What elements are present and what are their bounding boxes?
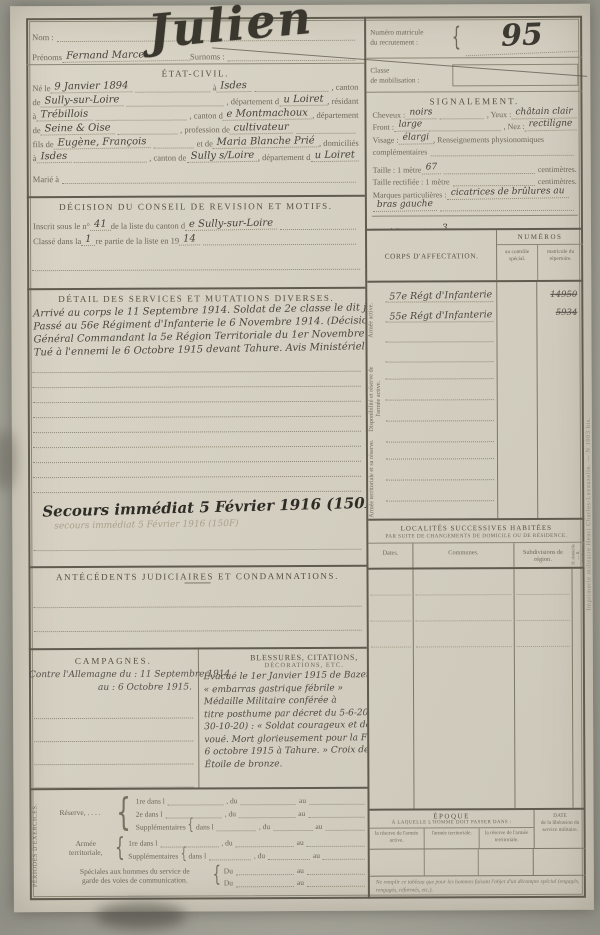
canton-label: , canton de — [149, 153, 186, 163]
front-label: Front : — [373, 123, 395, 132]
speciales-label-line2: garde des voies de communication. — [82, 876, 188, 885]
brace: { — [115, 837, 125, 858]
territoriale-label: Arméeterritoriale, — [60, 839, 112, 857]
ink-smudge — [96, 903, 186, 929]
liste-canton-value: e Sully-sur-Loire — [185, 218, 277, 232]
de-label: de — [33, 125, 41, 135]
dotted-line — [440, 199, 574, 212]
corps-table-header: CORPS D'AFFECTATION. NUMÉROS au contrôle… — [367, 230, 583, 283]
dotted-line — [371, 596, 411, 622]
dotted-line — [439, 107, 484, 119]
au-label: au — [297, 866, 304, 875]
dotted-line — [429, 119, 501, 131]
dotted-line — [62, 171, 356, 184]
territoriale-reserve-label: Armée territoriale et sa réserve. — [368, 439, 386, 519]
epoque-section: ÉPOQUE À LAQUELLE L'HOMME DOIT PASSER DA… — [370, 808, 586, 899]
dotted-line — [307, 835, 365, 847]
corps-table-body: Armée active. 57e Régt d'Infanterie 55e … — [367, 282, 584, 519]
table-cell — [370, 849, 424, 875]
dotted-line — [153, 136, 193, 148]
dotted-line — [160, 835, 218, 847]
degre-instruction-value: 3 — [438, 223, 452, 228]
periode-row-label: 2e dans l — [136, 810, 163, 819]
list-number: 41 — [90, 219, 111, 231]
campagnes-blessures-section: CAMPAGNES. Contre l'Allemagne du : 11 Se… — [29, 647, 368, 788]
dotted-line — [33, 447, 361, 463]
scanned-military-record: { "colors":{"paper":"#d7d2c3","backgroun… — [0, 0, 600, 935]
dotted-line — [280, 218, 356, 230]
campagne-entry: au : 6 Octobre 1915. — [29, 682, 198, 696]
profession-label: , profession de — [180, 124, 230, 134]
communes-column-header: Communes. — [412, 543, 513, 567]
dotted-line — [416, 595, 512, 621]
numeros-header: NUMÉROS au contrôle spécial. matricule d… — [496, 230, 583, 280]
brace: { — [213, 867, 221, 885]
territoriale-group: Armée territoriale et sa réserve. — [368, 438, 584, 519]
localites-title: LOCALITÉS SUCCESSIVES HABITÉES — [368, 520, 584, 533]
liste-part: 1 — [81, 234, 96, 246]
dans-l-label: dans l — [188, 851, 206, 860]
epoque-title: ÉPOQUE — [370, 810, 534, 821]
dotted-line — [203, 233, 356, 246]
dotted-line — [273, 819, 312, 831]
prenoms-label: Prénoms — [32, 52, 62, 62]
marie-label: Marié à — [33, 174, 59, 184]
partie-label: re partie de la liste en 19 — [96, 236, 180, 246]
front-value: large — [394, 119, 426, 132]
armee-territoriale-column-header: l'armée territoriale. — [424, 828, 479, 848]
et-de-label: et de — [197, 138, 213, 148]
fils-de-label: fils de — [33, 139, 54, 149]
nom-label: Nom : — [32, 32, 54, 42]
left-column: Nom : Prénoms Fernand Marcel Surnoms : É… — [26, 17, 370, 900]
renseignements-label: , Renseignements physionomiques — [433, 134, 544, 143]
canton-label: , canton — [331, 82, 358, 92]
dotted-line — [296, 122, 356, 134]
dotted-line — [136, 80, 210, 92]
taille-rectifiee-label: Taille rectifiée : 1 mètre — [373, 177, 450, 186]
campagnes-column: CAMPAGNES. Contre l'Allemagne du : 11 Se… — [29, 649, 200, 788]
decision-section: DÉCISION DU CONSEIL DE REVISION ET MOTIF… — [27, 195, 365, 288]
matricule-repertoire-column-header: matricule du répertoire. — [537, 245, 583, 280]
taille-unit: centimètres. — [538, 164, 577, 173]
dotted-line — [325, 819, 364, 831]
marques-label: Marques particulières : — [373, 190, 447, 199]
numeros-title: NUMÉROS — [497, 230, 583, 245]
dotted-line — [239, 806, 295, 818]
matricule-label-line2: du recrutement : — [370, 37, 418, 46]
departement-label: , département d — [258, 152, 311, 162]
taille-rectifiee-unit: centimètres. — [538, 177, 577, 186]
printer-credit: Imprimerie militaire Henri Charles-Lavau… — [584, 324, 593, 704]
du-label: Du — [224, 866, 233, 875]
dotted-line — [33, 417, 361, 433]
dates-column-header: Dates. — [368, 544, 412, 568]
dotted-line — [168, 793, 223, 805]
record-sheet: Nom : Prénoms Fernand Marcel Surnoms : É… — [10, 4, 594, 913]
au-label: au — [313, 851, 320, 860]
birth-canton: Sully-sur-Loire — [40, 94, 123, 107]
signalement-title: SIGNALEMENT. — [371, 92, 577, 107]
brace: { — [116, 797, 131, 827]
residant-label: , résidant — [327, 96, 358, 106]
decision-title: DÉCISION DU CONSEIL DE REVISION ET MOTIF… — [27, 197, 365, 212]
unit-entry: 55e Régt d'Infanterie — [385, 309, 492, 322]
au-label: au — [297, 838, 304, 847]
disponibilite-label: Disponibilité et réserve de l'armée acti… — [368, 359, 386, 439]
epoque-footnote: Ne remplir ce tableau que pour les homme… — [370, 876, 586, 895]
domicilies-label: , domiciliés — [319, 138, 359, 148]
canton-label: , canton d — [190, 110, 223, 120]
dotted-line — [74, 151, 146, 163]
dotted-line — [415, 569, 511, 595]
reserve-active-column-header: la réserve de l'armée active. — [370, 828, 424, 848]
residence-canton: e Montmachoux — [223, 107, 313, 120]
services-paragraph: Arrivé au corps le 11 Septembre 1914. So… — [27, 300, 366, 360]
blessures-paragraph: Évacué le 1er Janvier 1915 de Bazeilles … — [203, 668, 367, 773]
dates-column — [368, 570, 413, 809]
dotted-line — [308, 806, 364, 818]
au-label: au — [298, 809, 305, 818]
mother-name: Maria Blanche Prié — [213, 135, 319, 149]
reserve-territoriale-column-header: la réserve de l'armée territoriale. — [479, 828, 534, 848]
localites-column-headers: Dates. Communes. Subdivisions de région.… — [368, 542, 584, 570]
territoriale-label-line1: Armée — [75, 839, 95, 848]
dotted-line — [33, 432, 361, 448]
du-label: , du — [226, 796, 237, 805]
profession-value: cultivateur — [230, 122, 293, 135]
de-label: de — [32, 97, 40, 107]
dotted-line — [236, 835, 294, 847]
controle-special-column-header: au contrôle spécial. — [497, 245, 537, 280]
birth-departement: u Loiret — [279, 94, 327, 107]
yeux-value: châtain clair — [511, 106, 576, 119]
dotted-line — [32, 255, 360, 271]
cheveux-label: Cheveux : — [372, 110, 405, 119]
liste-year: 14 — [179, 233, 200, 245]
dotted-line — [268, 848, 310, 860]
brace: { — [180, 848, 186, 861]
dotted-line — [34, 592, 362, 608]
dotted-line — [444, 161, 535, 173]
liste-canton-label: de la liste du canton d — [111, 221, 185, 231]
dotted-line — [33, 462, 361, 478]
table-cell — [423, 849, 478, 875]
dotted-line — [517, 621, 570, 647]
title-rule — [185, 582, 211, 583]
dotted-line — [386, 480, 494, 501]
taille-value: 67 — [421, 162, 441, 174]
au-label: au — [315, 822, 322, 831]
corps-affectation-section: CORPS D'AFFECTATION. NUMÉROS au contrôle… — [367, 228, 584, 519]
blessure-entry: Étoile de bronze. — [205, 757, 368, 772]
dotted-line — [34, 749, 193, 765]
dotted-line — [430, 144, 573, 157]
dotted-line — [34, 772, 193, 788]
dotted-line — [236, 863, 294, 875]
supplementaires-label: Supplémentaires — [128, 852, 178, 861]
dotted-line — [95, 109, 187, 121]
domicile-residence-column — [571, 569, 585, 808]
father-name: Eugène, François — [54, 136, 151, 150]
epoque-table-header: ÉPOQUE À LAQUELLE L'HOMME DOIT PASSER DA… — [370, 810, 586, 850]
etat-civil-title: ÉTAT-CIVIL. — [26, 64, 364, 79]
services-section: DÉTAIL DES SERVICES ET MUTATIONS DIVERSE… — [27, 287, 366, 566]
dans-l-label: dans l — [196, 822, 214, 831]
dotted-line — [33, 387, 361, 403]
reserve-label: Réserve, . . . . — [60, 808, 112, 817]
localites-table-body — [368, 569, 585, 809]
date-label: DATE — [553, 813, 567, 819]
dotted-line — [34, 726, 193, 742]
date-liberation-column-header: DATE de la libération du service militai… — [534, 810, 586, 848]
au-label: au — [297, 878, 304, 887]
table-cell — [533, 849, 586, 875]
taille-label: Taille : 1 mètre — [373, 165, 422, 174]
brace: { — [188, 819, 194, 832]
matricule-number: 95 — [464, 17, 579, 56]
du-label: Du — [224, 878, 233, 887]
parents-departement: u Loiret — [310, 149, 358, 162]
dotted-line — [386, 459, 494, 480]
dotted-line — [33, 535, 361, 551]
campagne-entry: Contre l'Allemagne du : 11 Septembre 191… — [29, 669, 198, 683]
dotted-line — [307, 863, 365, 875]
du-label: , du — [259, 822, 270, 831]
dotted-line — [217, 819, 256, 831]
domicile-residence-column-header: D. domicile — R. résidence — [571, 543, 584, 567]
dotted-line — [416, 621, 512, 647]
periode-row-label: 1re dans l — [128, 839, 157, 848]
dotted-line — [33, 402, 361, 418]
visage-label: Visage : — [373, 135, 399, 144]
classe-label: Classe de mobilisation : — [370, 66, 448, 85]
controle-number: 14950 — [550, 290, 577, 300]
signalement-section: SIGNALEMENT. Cheveux :noirs, Yeux :châta… — [366, 92, 583, 229]
dotted-line — [323, 848, 365, 860]
du-label: , du — [254, 851, 265, 860]
classe-label-line2: de mobilisation : — [370, 75, 419, 84]
disponibilite-group: Disponibilité et réserve de l'armée acti… — [368, 358, 584, 439]
dotted-line — [126, 94, 223, 106]
dotted-line — [452, 174, 534, 186]
dotted-line — [370, 570, 410, 596]
visage-value: élargi — [398, 132, 433, 145]
etat-civil-section: ÉTAT-CIVIL. Né le9 Janvier 1894àIsdes, c… — [26, 63, 365, 196]
antecedents-title: ANTÉCÉDENTS JUDICIAIRES ET CONDAMNATIONS… — [28, 567, 366, 582]
nez-label: , Nez : — [504, 122, 525, 131]
antecedents-section: ANTÉCÉDENTS JUDICIAIRES ET CONDAMNATIONS… — [28, 565, 366, 648]
matricule-label-line1: Numéro matricule — [370, 28, 423, 37]
marques-value-line1: cicatrices de brûlures au — [447, 186, 569, 200]
subdivisions-column-header: Subdivisions de région. — [513, 543, 571, 567]
armee-active-label: Armée active. — [367, 283, 385, 359]
dotted-line — [517, 595, 570, 621]
localites-section: LOCALITÉS SUCCESSIVES HABITÉES PAR SUITE… — [368, 518, 585, 809]
localites-subtitle: PAR SUITE DE CHANGEMENTS DE DOMICILE OU … — [368, 532, 584, 540]
dotted-line — [236, 875, 294, 887]
dotted-line — [386, 501, 494, 519]
unit-entry: 57e Régt d'Infanterie — [385, 289, 492, 302]
birth-date: 9 Janvier 1894 — [50, 80, 132, 93]
dotted-line — [386, 358, 494, 379]
classe-mobilisation-section: Classe de mobilisation : — [366, 58, 582, 93]
territoriale-label-line2: territoriale, — [69, 848, 103, 857]
birth-place: Isdes — [217, 80, 252, 93]
campagnes-title: CAMPAGNES. — [29, 651, 198, 666]
controle-number: 5934 — [556, 308, 578, 318]
date-sublabel: de la libération du service militaire. — [541, 820, 579, 833]
matricule-label: Numéro matricule du recrutement : — [370, 28, 448, 47]
periode-row-label: 1re dans l — [136, 797, 165, 806]
dotted-line — [307, 875, 365, 887]
supplementaires-label: Supplémentaires — [136, 823, 186, 832]
speciales-label-line1: Spéciales aux hommes du service de — [80, 866, 190, 875]
du-label: , du — [225, 809, 236, 818]
du-label: , du — [221, 838, 232, 847]
epoque-subtitle: À LAQUELLE L'HOMME DOIT PASSER DANS : — [370, 820, 534, 826]
marques-value-line2: bras gauche — [373, 199, 437, 212]
parents-canton: Sully s/Loire — [186, 150, 258, 163]
dotted-line — [34, 703, 193, 719]
cheveux-value: noirs — [405, 107, 436, 120]
residence-place: Trébillois — [36, 109, 92, 122]
residence-departement: Seine & Oise — [40, 122, 114, 135]
departement-label: , département d — [226, 96, 279, 106]
blessures-column: BLESSURES, CITATIONS, DÉCORATIONS, ETC. … — [199, 649, 368, 788]
dotted-line — [371, 622, 411, 648]
ne-le-label: Né le — [32, 83, 50, 93]
dotted-line — [241, 793, 296, 805]
dotted-line — [309, 793, 364, 805]
classe-label-line1: Classe — [370, 66, 389, 75]
dotted-line — [254, 80, 328, 92]
dotted-line — [386, 400, 494, 421]
inscrit-label: Inscrit sous le n° — [33, 221, 90, 231]
dotted-line — [386, 438, 494, 459]
blessures-title: BLESSURES, CITATIONS, — [204, 651, 368, 663]
table-cell — [478, 849, 533, 875]
complementaires-label: complémentaires — [373, 147, 428, 156]
yeux-label: , Yeux : — [487, 110, 511, 119]
dotted-line — [34, 616, 362, 632]
periodes-vertical-label: PÉRIODES D'EXERCICES. — [31, 800, 51, 890]
dotted-line — [516, 569, 569, 595]
right-column: Numéro matricule du recrutement : { 95 C… — [366, 16, 586, 899]
au-label: au — [299, 796, 306, 805]
dotted-line — [33, 372, 361, 388]
dotted-line — [386, 379, 494, 400]
nez-value: rectiligne — [525, 118, 577, 131]
brace: { — [452, 22, 461, 52]
classe-label: Classé dans la — [33, 236, 81, 246]
corps-title: CORPS D'AFFECTATION. — [367, 230, 496, 281]
communes-column — [412, 569, 514, 808]
dotted-line — [209, 848, 251, 860]
departement-label: , département — [312, 110, 358, 120]
epoque-table-body — [370, 849, 586, 877]
subdivisions-column — [513, 569, 572, 808]
dotted-line — [385, 322, 493, 342]
dotted-line — [118, 123, 178, 135]
matricule-section: Numéro matricule du recrutement : { 95 — [366, 16, 582, 59]
periodes-section: PÉRIODES D'EXERCICES. Réserve, . . . . {… — [29, 787, 367, 900]
parents-place: Isdes — [36, 151, 71, 164]
speciales-label: Spéciales aux hommes du service degarde … — [60, 866, 210, 885]
